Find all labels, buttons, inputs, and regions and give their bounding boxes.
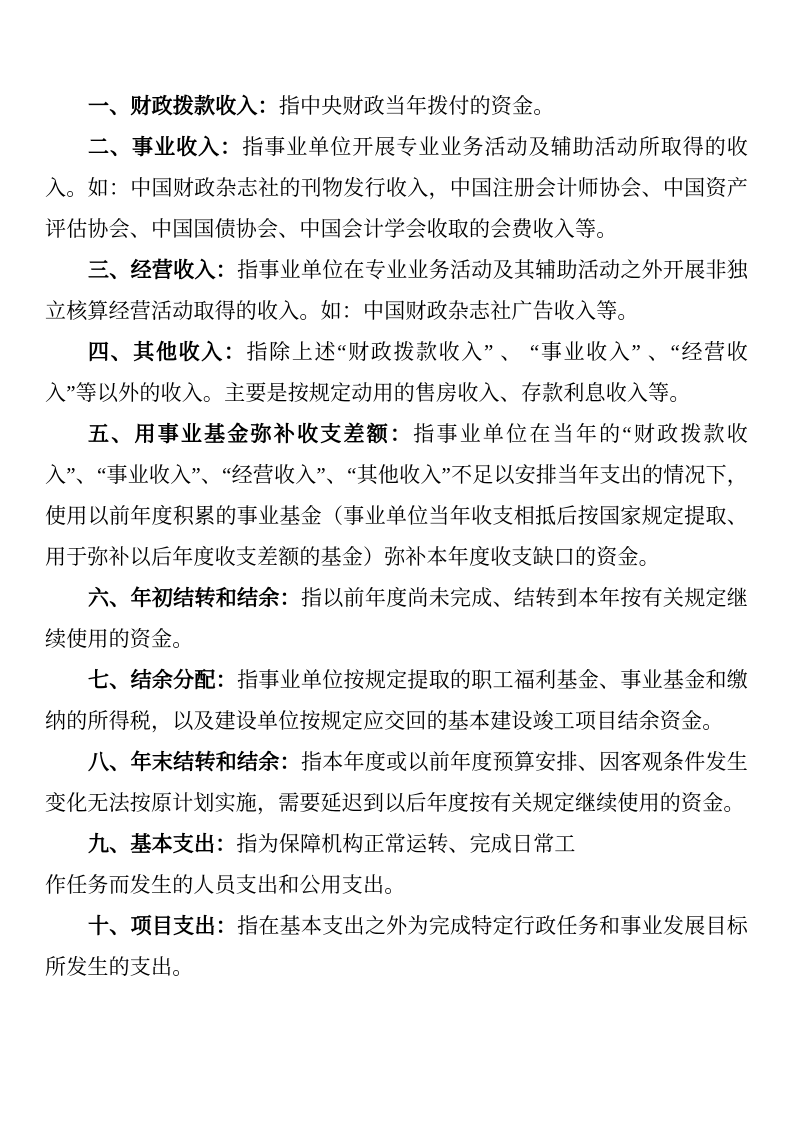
term-heading: 十、项目支出： xyxy=(88,914,237,938)
definition-paragraph-9: 九、基本支出：指为保障机构正常运转、完成日常工 作任务而发生的人员支出和公用支出… xyxy=(45,824,748,906)
term-heading: 二、事业收入： xyxy=(88,135,242,159)
definition-paragraph-5: 五、用事业基金弥补收支差额：指事业单位在当年的“财政拨款收入”、“事业收入”、“… xyxy=(45,414,748,578)
definition-paragraph-1: 一、财政拨款收入：指中央财政当年拨付的资金。 xyxy=(45,86,748,127)
term-heading: 一、财政拨款收入： xyxy=(88,94,279,118)
term-heading: 五、用事业基金弥补收支差额： xyxy=(88,422,413,446)
term-heading: 六、年初结转和结余： xyxy=(88,586,301,610)
term-heading: 七、结余分配： xyxy=(88,668,237,692)
term-heading: 三、经营收入： xyxy=(88,258,237,282)
definition-paragraph-4: 四、其他收入：指除上述“财政拨款收入” 、 “事业收入” 、“经营收入”等以外的… xyxy=(45,332,748,414)
definition-paragraph-10: 十、项目支出：指在基本支出之外为完成特定行政任务和事业发展目标所发生的支出。 xyxy=(45,906,748,988)
document-page: 一、财政拨款收入：指中央财政当年拨付的资金。 二、事业收入：指事业单位开展专业业… xyxy=(0,0,793,1122)
definition-paragraph-7: 七、结余分配：指事业单位按规定提取的职工福利基金、事业基金和缴纳的所得税，以及建… xyxy=(45,660,748,742)
term-definition: 指中央财政当年拨付的资金。 xyxy=(279,94,555,118)
term-heading: 四、其他收入： xyxy=(88,340,247,364)
definition-paragraph-6: 六、年初结转和结余：指以前年度尚未完成、结转到本年按有关规定继续使用的资金。 xyxy=(45,578,748,660)
definition-paragraph-2: 二、事业收入：指事业单位开展专业业务活动及辅助活动所取得的收入。如：中国财政杂志… xyxy=(45,127,748,250)
term-heading: 九、基本支出： xyxy=(88,832,236,856)
definition-paragraph-3: 三、经营收入：指事业单位在专业业务活动及其辅助活动之外开展非独立核算经营活动取得… xyxy=(45,250,748,332)
definition-paragraph-8: 八、年末结转和结余：指本年度或以前年度预算安排、因客观条件发生变化无法按原计划实… xyxy=(45,742,748,824)
term-heading: 八、年末结转和结余： xyxy=(88,750,301,774)
